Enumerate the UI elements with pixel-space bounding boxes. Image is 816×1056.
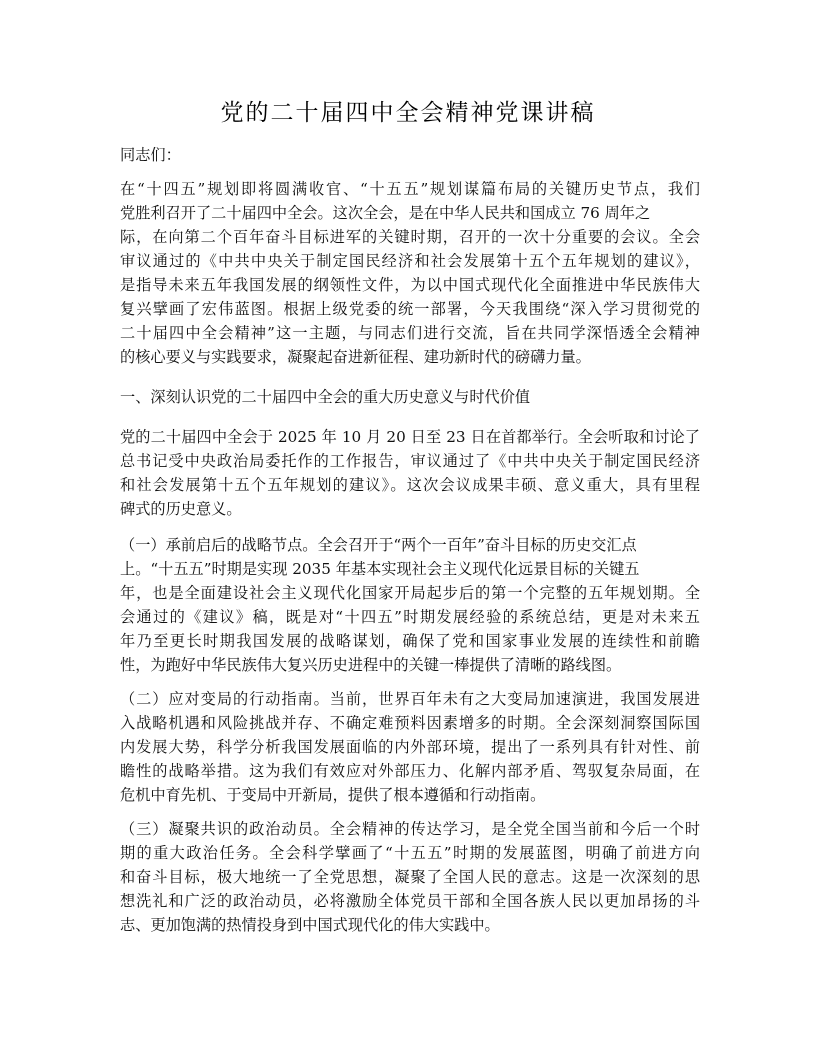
paragraph-point-2: （二）应对变局的行动指南。当前，世界百年未有之大变局加速演进，我国发展进 入战略…	[120, 687, 700, 807]
salutation: 同志们：	[120, 143, 700, 167]
text-line: 碑式的历史意义。	[120, 497, 700, 521]
text-line: 总书记受中央政治局委托作的工作报告，审议通过了《中共中央关于制定国民经济	[120, 449, 700, 473]
text-line: 年，也是全面建设社会主义现代化国家开局起步后的第一个完整的五年规划期。全	[120, 581, 700, 605]
paragraph-intro: 在“十四五”规划即将圆满收官、“十五五”规划谋篇布局的关键历史节点，我们 党胜利…	[120, 177, 700, 369]
paragraph-point-3: （三）凝聚共识的政治动员。全会精神的传达学习，是全党全国当前和今后一个时 期的重…	[120, 817, 700, 937]
text-line: 会通过的《建议》稿，既是对“十四五”时期发展经验的系统总结，更是对未来五	[120, 605, 700, 629]
text-line: 入战略机遇和风险挑战并存、不确定难预料因素增多的时期。全会深刻洞察国际国	[120, 711, 700, 735]
text-line: 想洗礼和广泛的政治动员，必将激励全体党员干部和全国各族人民以更加昂扬的斗	[120, 889, 700, 913]
text-line: 是指导未来五年我国发展的纲领性文件，为以中国式现代化全面推进中华民族伟大	[120, 273, 700, 297]
section-heading: 一、深刻认识党的二十届四中全会的重大历史意义与时代价值	[120, 385, 700, 409]
text-line: 和社会发展第十五个五年规划的建议》。这次会议成果丰硕、意义重大，具有里程	[120, 473, 700, 497]
text-line: （三）凝聚共识的政治动员。全会精神的传达学习，是全党全国当前和今后一个时	[120, 817, 700, 841]
text-line: 期的重大政治任务。全会科学擘画了“十五五”时期的发展蓝图，明确了前进方向	[120, 841, 700, 865]
text-line: 审议通过的《中共中央关于制定国民经济和社会发展第十五个五年规划的建议》，	[120, 249, 700, 273]
text-line: 志、更加饱满的热情投身到中国式现代化的伟大实践中。	[120, 913, 700, 937]
text-line: 党胜利召开了二十届四中全会。这次全会，是在中华人民共和国成立 76 周年之	[120, 201, 700, 225]
text-line: 在“十四五”规划即将圆满收官、“十五五”规划谋篇布局的关键历史节点，我们	[120, 177, 700, 201]
text-line: （一）承前启后的战略节点。全会召开于“两个一百年”奋斗目标的历史交汇点	[120, 533, 700, 557]
text-line: 危机中育先机、于变局中开新局，提供了根本遵循和行动指南。	[120, 783, 700, 807]
text-line: 复兴擘画了宏伟蓝图。根据上级党委的统一部署，今天我围绕“深入学习贯彻党的	[120, 297, 700, 321]
text-line: 和奋斗目标，极大地统一了全党思想，凝聚了全国人民的意志。这是一次深刻的思	[120, 865, 700, 889]
document-page: 党的二十届四中全会精神党课讲稿 同志们： 在“十四五”规划即将圆满收官、“十五五…	[0, 0, 816, 1056]
text-line: 际，在向第二个百年奋斗目标进军的关键时期，召开的一次十分重要的会议。全会	[120, 225, 700, 249]
text-line: 二十届四中全会精神”这一主题，与同志们进行交流，旨在共同学深悟透全会精神	[120, 321, 700, 345]
text-line: （二）应对变局的行动指南。当前，世界百年未有之大变局加速演进，我国发展进	[120, 687, 700, 711]
salutation-text: 同志们：	[120, 143, 700, 167]
paragraph-plenum-overview: 党的二十届四中全会于 2025 年 10 月 20 日至 23 日在首都举行。全…	[120, 425, 700, 521]
section-heading-text: 一、深刻认识党的二十届四中全会的重大历史意义与时代价值	[120, 385, 700, 409]
text-line: 的核心要义与实践要求，凝聚起奋进新征程、建功新时代的磅礴力量。	[120, 345, 700, 369]
text-line: 年乃至更长时期我国发展的战略谋划，确保了党和国家事业发展的连续性和前瞻	[120, 629, 700, 653]
text-line: 内发展大势，科学分析我国发展面临的内外部环境，提出了一系列具有针对性、前	[120, 735, 700, 759]
document-title: 党的二十届四中全会精神党课讲稿	[0, 98, 816, 128]
text-line: 党的二十届四中全会于 2025 年 10 月 20 日至 23 日在首都举行。全…	[120, 425, 700, 449]
paragraph-point-1: （一）承前启后的战略节点。全会召开于“两个一百年”奋斗目标的历史交汇点 上。“十…	[120, 533, 700, 677]
text-line: 瞻性的战略举措。这为我们有效应对外部压力、化解内部矛盾、驾驭复杂局面，在	[120, 759, 700, 783]
text-line: 上。“十五五”时期是实现 2035 年基本实现社会主义现代化远景目标的关键五	[120, 557, 700, 581]
text-line: 性，为跑好中华民族伟大复兴历史进程中的关键一棒提供了清晰的路线图。	[120, 653, 700, 677]
